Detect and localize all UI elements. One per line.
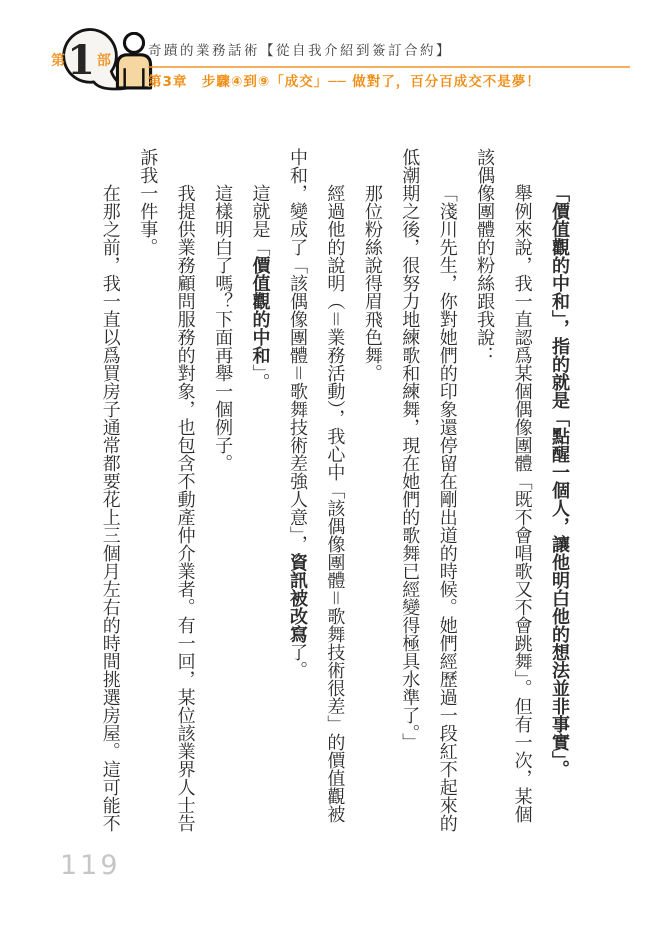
body-text-segment: 我提供業務顧問服務的對象，也包含不動產仲介業者。有一回，某位該業界人士告訴我一件… <box>137 148 195 832</box>
chapter-title: 第3章 步驟④到⑨「成交」── 做對了，百分百成交不是夢！ <box>148 73 638 92</box>
body-text-segment: 」。 <box>250 364 271 391</box>
body-text-segment: 在那之前，我一直以爲買房子通常都要花上三個月左右的時間挑選房屋。這可能不 <box>100 184 121 832</box>
part-suffix: 部 <box>97 54 111 68</box>
part-number: 1 <box>67 41 95 81</box>
paragraph: 經過他的說明（＝業務活動），我心中「該偶像團體＝歌舞技術很差」的價值觀被中和，變… <box>279 148 354 835</box>
paragraph: 那位粉絲說得眉飛色舞。 <box>353 148 390 835</box>
body-text: 「價值觀的中和」，指的就是「點醒一個人，讓他明白他的想法並非事實」。舉例來說，我… <box>78 148 578 835</box>
page-number: 119 <box>60 850 121 881</box>
paragraph: 這就是「價值觀的中和」。 <box>241 148 278 835</box>
body-text-segment: 這就是「 <box>250 184 271 256</box>
body-text-segment: 這樣明白了嗎？下面再舉一個例子。 <box>212 184 233 472</box>
paragraph: 這樣明白了嗎？下面再舉一個例子。 <box>204 148 241 835</box>
part-prefix: 第 <box>51 54 65 68</box>
paragraph: 舉例來說，我一直認爲某個偶像團體「既不會唱歌又不會跳舞」。但有一次，某個該偶像團… <box>466 148 541 835</box>
header-divider <box>148 66 630 68</box>
book-title: 奇蹟的業務話術【從自我介紹到簽訂合約】 <box>148 42 638 61</box>
part-badge-text: 第 1 部 <box>50 36 112 86</box>
book-page: 第 1 部 奇蹟的業務話術【從自我介紹到簽訂合約】 第3章 步驟④到⑨「成交」─… <box>0 0 663 932</box>
paragraph: 「淺川先生，你對她們的印象還停留在剛出道的時候。她們經歷過一段紅不起來的低潮期之… <box>391 148 466 835</box>
body-text-segment: 那位粉絲說得眉飛色舞。 <box>362 184 383 382</box>
paragraph: 在那之前，我一直以爲買房子通常都要花上三個月左右的時間挑選房屋。這可能不 <box>91 148 128 835</box>
paragraph: 我提供業務顧問服務的對象，也包含不動產仲介業者。有一回，某位該業界人士告訴我一件… <box>129 148 204 835</box>
emphasized-text: 「價值觀的中和」，指的就是「點醒一個人，讓他明白他的想法並非事實」。 <box>549 184 570 778</box>
emphasized-text: 資訊被改寫 <box>287 553 308 643</box>
body-text-segment: 舉例來說，我一直認爲某個偶像團體「既不會唱歌又不會跳舞」。但有一次，某個該偶像團… <box>474 148 532 823</box>
body-text-segment: 經過他的說明（＝業務活動），我心中「該偶像團體＝歌舞技術很差」的價值觀被中和，變… <box>287 148 345 823</box>
emphasized-text: 價值觀的中和 <box>250 256 271 364</box>
body-text-segment: 「淺川先生，你對她們的印象還停留在剛出道的時候。她們經歷過一段紅不起來的低潮期之… <box>399 148 457 832</box>
body-text-segment: 了。 <box>287 643 308 679</box>
header-titles: 奇蹟的業務話術【從自我介紹到簽訂合約】 第3章 步驟④到⑨「成交」── 做對了，… <box>148 42 638 92</box>
paragraph: 「價值觀的中和」，指的就是「點醒一個人，讓他明白他的想法並非事實」。 <box>541 148 578 835</box>
